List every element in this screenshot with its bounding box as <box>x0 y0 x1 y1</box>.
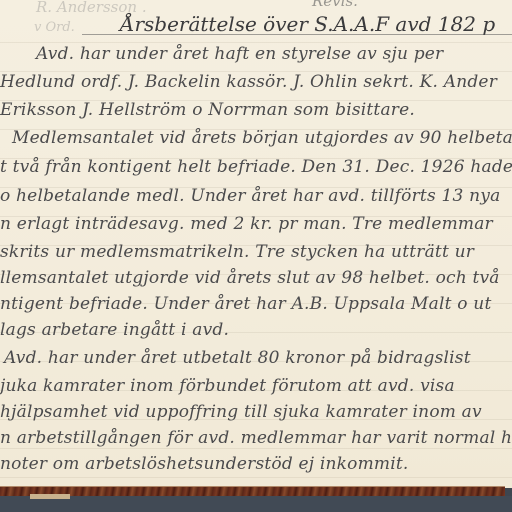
text-line: t två från kontigent helt befriade. Den … <box>0 157 512 177</box>
text-line: o helbetalande medl. Under året har avd.… <box>0 186 500 206</box>
book-cover <box>0 496 512 512</box>
text-line: n arbetstillgången för avd. medlemmar ha… <box>0 428 512 448</box>
text-line: lags arbetare ingått i avd. <box>0 320 229 340</box>
cover-tear <box>30 494 70 499</box>
text-line: ntigent befriade. Under året har A.B. Up… <box>0 294 492 314</box>
text-line: Eriksson J. Hellström o Norrman som bisi… <box>0 100 415 120</box>
text-line: Avd. har under året utbetalt 80 kronor p… <box>4 348 471 368</box>
text-line: llemsantalet utgjorde vid årets slut av … <box>0 268 500 288</box>
text-line: Medlemsantalet vid årets början utgjorde… <box>12 128 512 148</box>
text-line: skrits ur medlemsmatrikeln. Tre stycken … <box>0 242 474 262</box>
text-line: Avd. har under året haft en styrelse av … <box>36 44 443 64</box>
title-underline <box>82 34 512 35</box>
text-line: juka kamrater inom förbundet förutom att… <box>0 376 455 396</box>
revis-note: Revis. <box>312 0 358 10</box>
text-line: hjälpsamhet vid uppoffring till sjuka ka… <box>0 402 482 422</box>
faint-ord-note: v Ord. <box>34 20 75 35</box>
text-line: n erlagt inträdesavg. med 2 kr. pr man. … <box>0 214 493 234</box>
text-line: noter om arbetslöshetsunderstöd ej inkom… <box>0 454 409 474</box>
text-line: Hedlund ordf. J. Backelin kassör. J. Ohl… <box>0 72 497 92</box>
page-title: Årsberättelse över S.A.A.F avd 182 p <box>120 12 495 36</box>
ledger-page: R. Andersson . v Ord. Revis. Årsberättel… <box>0 0 512 488</box>
